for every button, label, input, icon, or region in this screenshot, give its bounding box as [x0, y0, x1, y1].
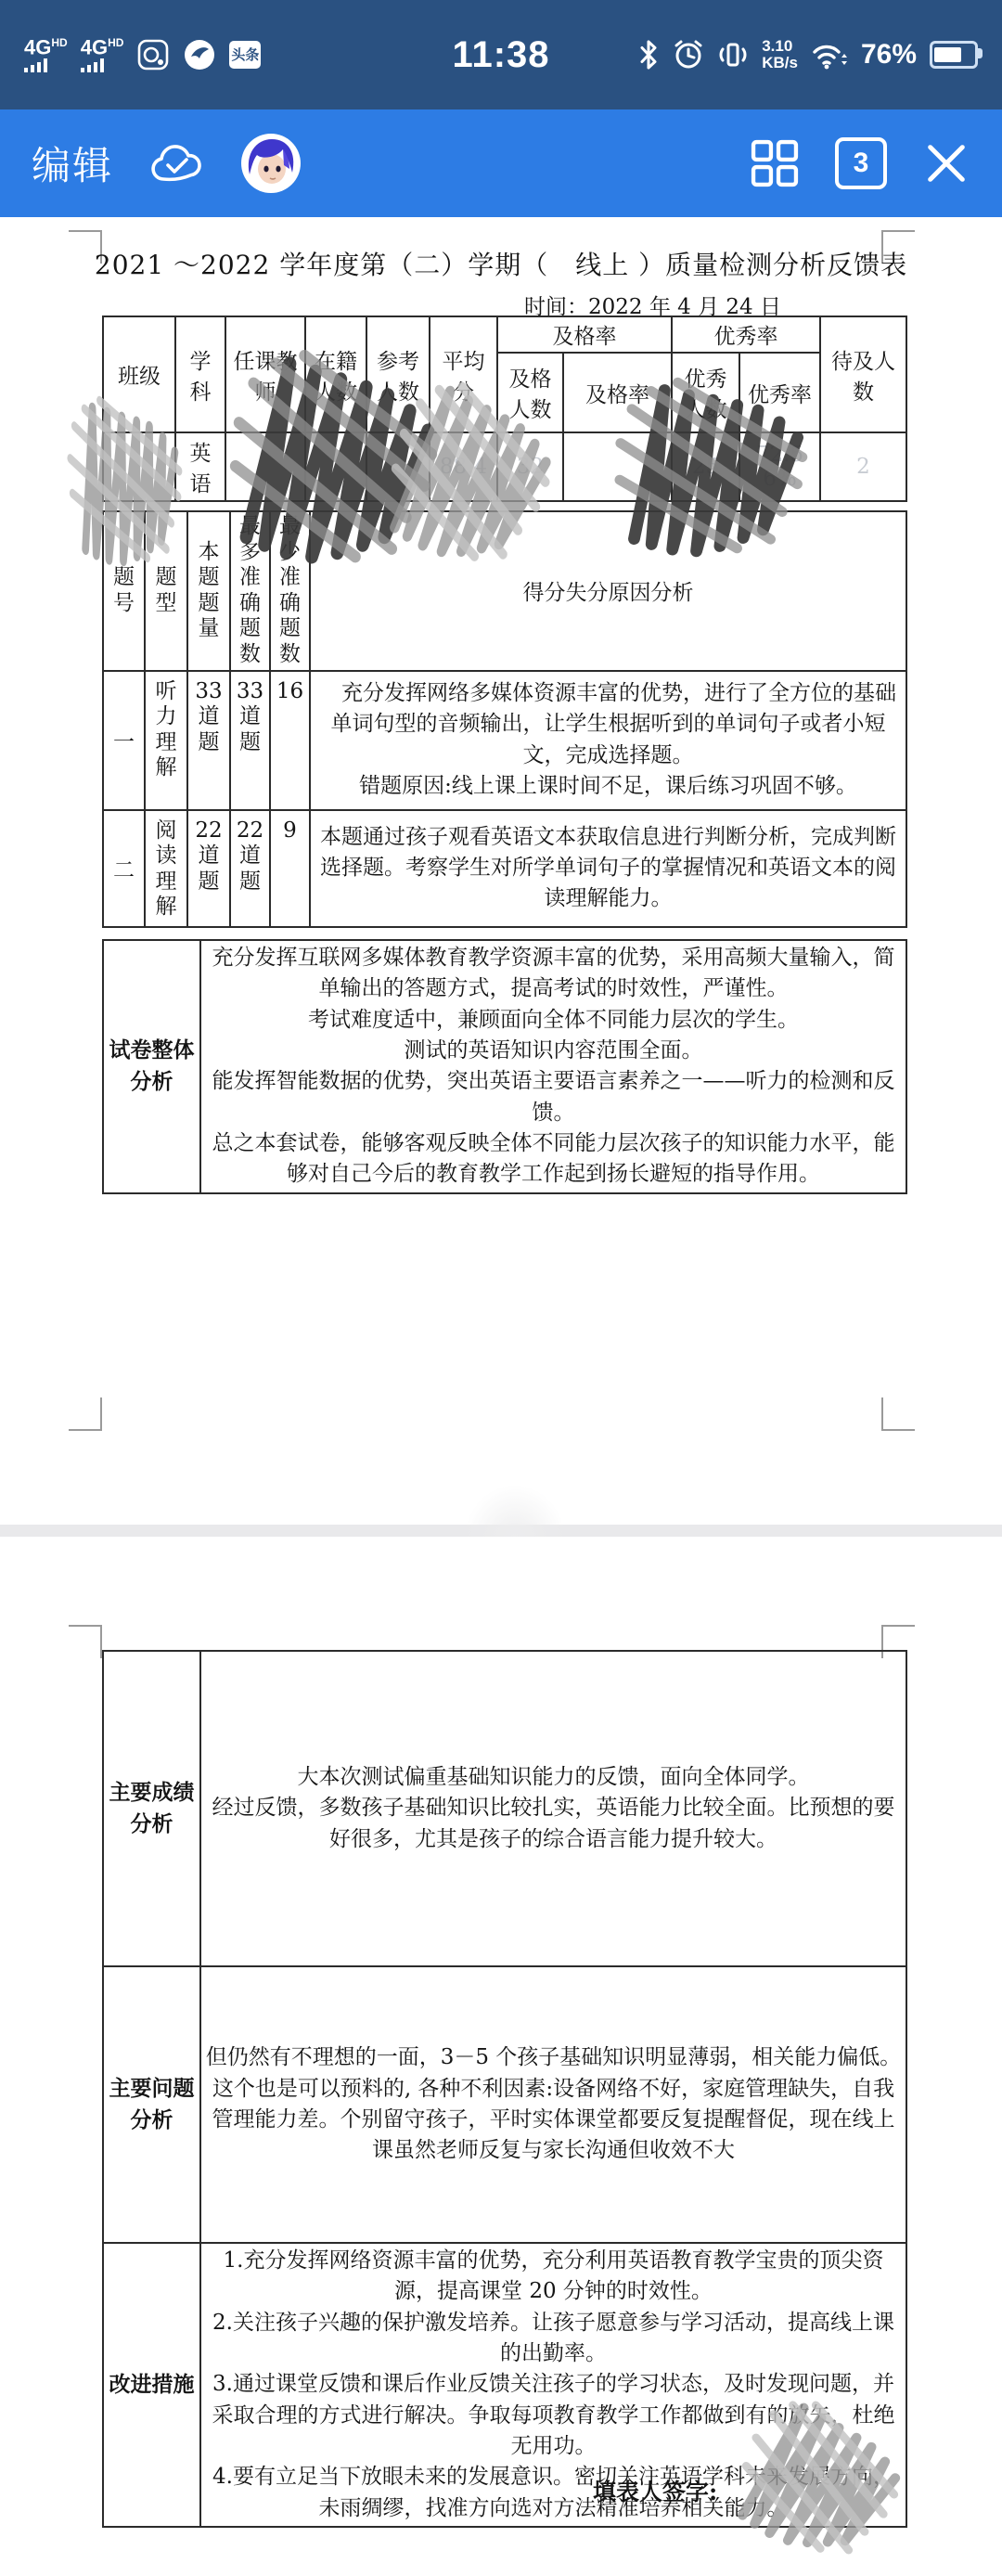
problems-row: 主要问题 分析 但仍然有不理想的一面，3－5 个孩子基础知识明显薄弱，相关能力偏…	[103, 1966, 906, 2243]
cell-q1-analysis: 充分发挥网络多媒体资源丰富的优势，进行了全方位的基础单词句型的音频输出，让学生根…	[310, 671, 906, 810]
status-time: 11:38	[452, 34, 549, 76]
header-pass-rate-group: 及格率	[497, 316, 672, 353]
header-subject: 学科	[175, 316, 225, 432]
margin-corner-mark	[881, 1397, 915, 1431]
battery-icon	[930, 41, 978, 69]
cell-pending: 2	[820, 432, 906, 501]
toolbar: 编辑 3	[0, 109, 1002, 217]
cell-q1-min: 16	[270, 671, 310, 810]
document-title: 2021 ～2022 学年度第（二）学期（ 线上 ）质量检测分析反馈表	[0, 245, 1002, 282]
cell-q2-max: 22道题	[230, 810, 270, 927]
cell-q1-type: 听力理解	[145, 671, 187, 810]
problems-content: 但仍然有不理想的一面，3－5 个孩子基础知识明显薄弱，相关能力偏低。这个也是可以…	[200, 1966, 906, 2243]
header-excellent-rate-group: 优秀率	[672, 316, 820, 353]
close-icon[interactable]	[922, 139, 970, 187]
header-pending: 待及人数	[820, 316, 906, 432]
question-row-2: 二 阅读理解 22道题 22道题 9 本题通过孩子观看英语文本获取信息进行判断分…	[103, 810, 906, 927]
cell-q1-max: 33道题	[230, 671, 270, 810]
cloud-saved-icon[interactable]	[148, 140, 206, 187]
status-bar: 4GHD 4GHD 头条 11:38	[0, 0, 1002, 109]
cell-q2-analysis: 本题通过孩子观看英语文本获取信息进行判断分析，完成判断选择题。考察学生对所学单词…	[310, 810, 906, 927]
edit-button[interactable]: 编辑	[32, 135, 113, 191]
document-page-2: 主要成绩 分析 大本次测试偏重基础知识能力的反馈，面向全体同学。 经过反馈，多数…	[0, 1537, 1002, 2576]
signal-icon-sim1: 4GHD	[24, 37, 68, 71]
status-right-cluster: 3.10KB/s 76%	[637, 38, 978, 71]
overall-analysis-label: 试卷整体 分析	[103, 940, 200, 1193]
user-avatar[interactable]	[241, 134, 301, 193]
status-left-cluster: 4GHD 4GHD 头条	[24, 37, 261, 71]
cell-q1-total: 33道题	[187, 671, 230, 810]
cell-q2-type: 阅读理解	[145, 810, 187, 927]
achievements-content: 大本次测试偏重基础知识能力的反馈，面向全体同学。 经过反馈，多数孩子基础知识比较…	[200, 1651, 906, 1966]
grid-menu-icon[interactable]	[750, 138, 800, 188]
signal-icon-sim2: 4GHD	[81, 37, 124, 71]
achievements-label: 主要成绩 分析	[103, 1651, 200, 1966]
document-page-1: 2021 ～2022 学年度第（二）学期（ 线上 ）质量检测分析反馈表 时间：2…	[0, 217, 1002, 1525]
problems-label: 主要问题 分析	[103, 1966, 200, 2243]
cell-q2-total: 22道题	[187, 810, 230, 927]
cell-q2-min: 9	[270, 810, 310, 927]
question-row-1: 一 听力理解 33道题 33道题 16 充分发挥网络多媒体资源丰富的优势，进行了…	[103, 671, 906, 810]
achievements-row: 主要成绩 分析 大本次测试偏重基础知识能力的反馈，面向全体同学。 经过反馈，多数…	[103, 1651, 906, 1966]
screen: { "status_bar": { "time": "11:38", "netw…	[0, 0, 1002, 2576]
tab-count-button[interactable]: 3	[835, 137, 887, 189]
network-speed: 3.10KB/s	[762, 38, 798, 71]
alarm-clock-icon	[673, 39, 704, 71]
overall-analysis-content: 充分发挥互联网多媒体教育教学资源丰富的优势，采用高频大量输入，简单输出的答题方式…	[200, 940, 906, 1193]
redaction-scribble-class	[54, 376, 197, 579]
overall-analysis-table: 试卷整体 分析 充分发挥互联网多媒体教育教学资源丰富的优势，采用高频大量输入，简…	[102, 939, 907, 1194]
cell-q2-no: 二	[103, 810, 145, 927]
margin-corner-mark	[69, 1397, 102, 1431]
signal-bars-icon	[24, 58, 48, 72]
wifi-icon	[811, 39, 848, 71]
margin-corner-mark	[69, 1625, 102, 1658]
cell-q1-no: 一	[103, 671, 145, 810]
toutiao-app-icon: 头条	[229, 41, 261, 69]
tab-count-value: 3	[854, 148, 869, 179]
redaction-scribble-pass-rate	[602, 357, 819, 571]
battery-percent: 76%	[861, 39, 917, 71]
app-notification-icon-round	[183, 38, 216, 71]
vibrate-mode-icon	[717, 39, 749, 71]
bluetooth-icon	[637, 39, 660, 71]
app-notification-icon-square	[136, 38, 170, 71]
signal-bars-icon	[81, 58, 105, 72]
redaction-scribble-examinees	[374, 361, 570, 580]
